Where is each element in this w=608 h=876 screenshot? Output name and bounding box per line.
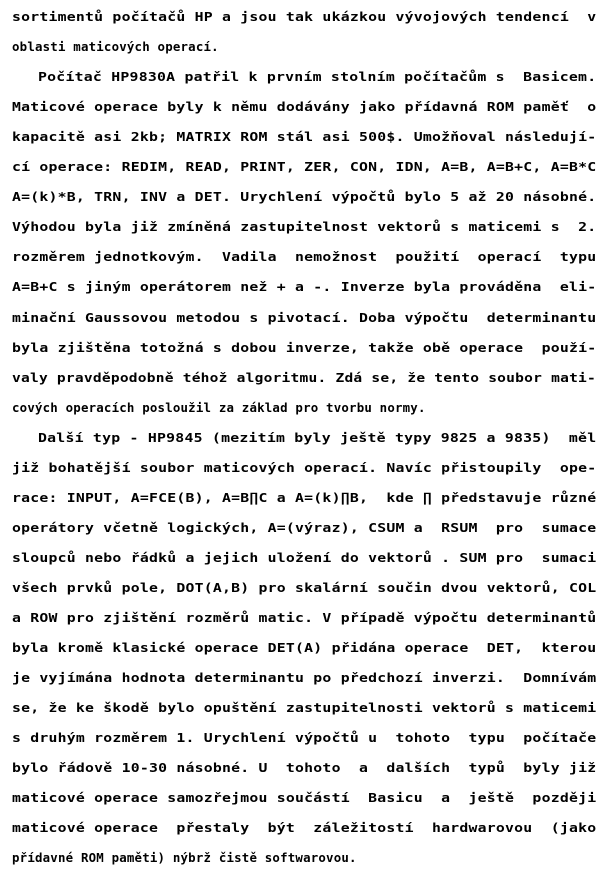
- text-line: rozměrem jednotkovým. Vadila nemožnost p…: [12, 247, 596, 267]
- text-line: bylo řádově 10-30 násobné. U tohoto a da…: [12, 758, 596, 778]
- text-line: sloupců nebo řádků a jejich uložení do v…: [12, 548, 596, 568]
- text-line: přídavné ROM paměti) nýbrž čistě softwar…: [12, 848, 357, 868]
- text-line: a ROW pro zjištění rozměrů matic. V příp…: [12, 608, 596, 628]
- text-line: Další typ - HP9845 (mezitím byly ještě t…: [38, 428, 596, 448]
- text-line: maticové operace přestaly být záležitost…: [12, 818, 596, 838]
- text-line: cových operacích posloužil za základ pro…: [12, 398, 426, 418]
- text-line: minační Gaussovou metodou s pivotací. Do…: [12, 308, 596, 328]
- text-line: maticové operace samozřejmou součástí Ba…: [12, 788, 596, 808]
- text-line: valy pravděpodobně téhož algoritmu. Zdá …: [12, 368, 596, 388]
- text-line: sortimentů počítačů HP a jsou tak ukázko…: [12, 7, 596, 27]
- text-line: všech prvků pole, DOT(A,B) pro skalární …: [12, 578, 596, 598]
- text-line: A=(k)*B, TRN, INV a DET. Urychlení výpoč…: [12, 187, 596, 207]
- text-line: s druhým rozměrem 1. Urychlení výpočtů u…: [12, 728, 596, 748]
- text-line: je vyjímána hodnota determinantu po před…: [12, 668, 596, 688]
- text-line: již bohatější soubor maticových operací.…: [12, 458, 596, 478]
- text-line: Počítač HP9830A patřil k prvním stolním …: [38, 67, 596, 87]
- text-line: A=B+C s jiným operátorem než + a -. Inve…: [12, 277, 596, 297]
- scanned-document-page: sortimentů počítačů HP a jsou tak ukázko…: [0, 0, 608, 876]
- text-line: kapacitě asi 2kb; MATRIX ROM stál asi 50…: [12, 127, 596, 147]
- text-line: byla kromě klasické operace DET(A) přidá…: [12, 638, 596, 658]
- text-line: Výhodou byla již zmíněná zastupitelnost …: [12, 217, 596, 237]
- text-line: byla zjištěna totožná s dobou inverze, t…: [12, 338, 596, 358]
- text-line: race: INPUT, A=FCE(B), A=B∏C a A=(k)∏B, …: [12, 488, 596, 508]
- text-line: cí operace: REDIM, READ, PRINT, ZER, CON…: [12, 157, 596, 177]
- text-line: se, že ke škodě bylo opuštění zastupitel…: [12, 698, 596, 718]
- text-line: Maticové operace byly k němu dodávány ja…: [12, 97, 596, 117]
- text-line: oblasti maticových operací.: [12, 37, 219, 57]
- text-line: operátory včetně logických, A=(výraz), C…: [12, 518, 596, 538]
